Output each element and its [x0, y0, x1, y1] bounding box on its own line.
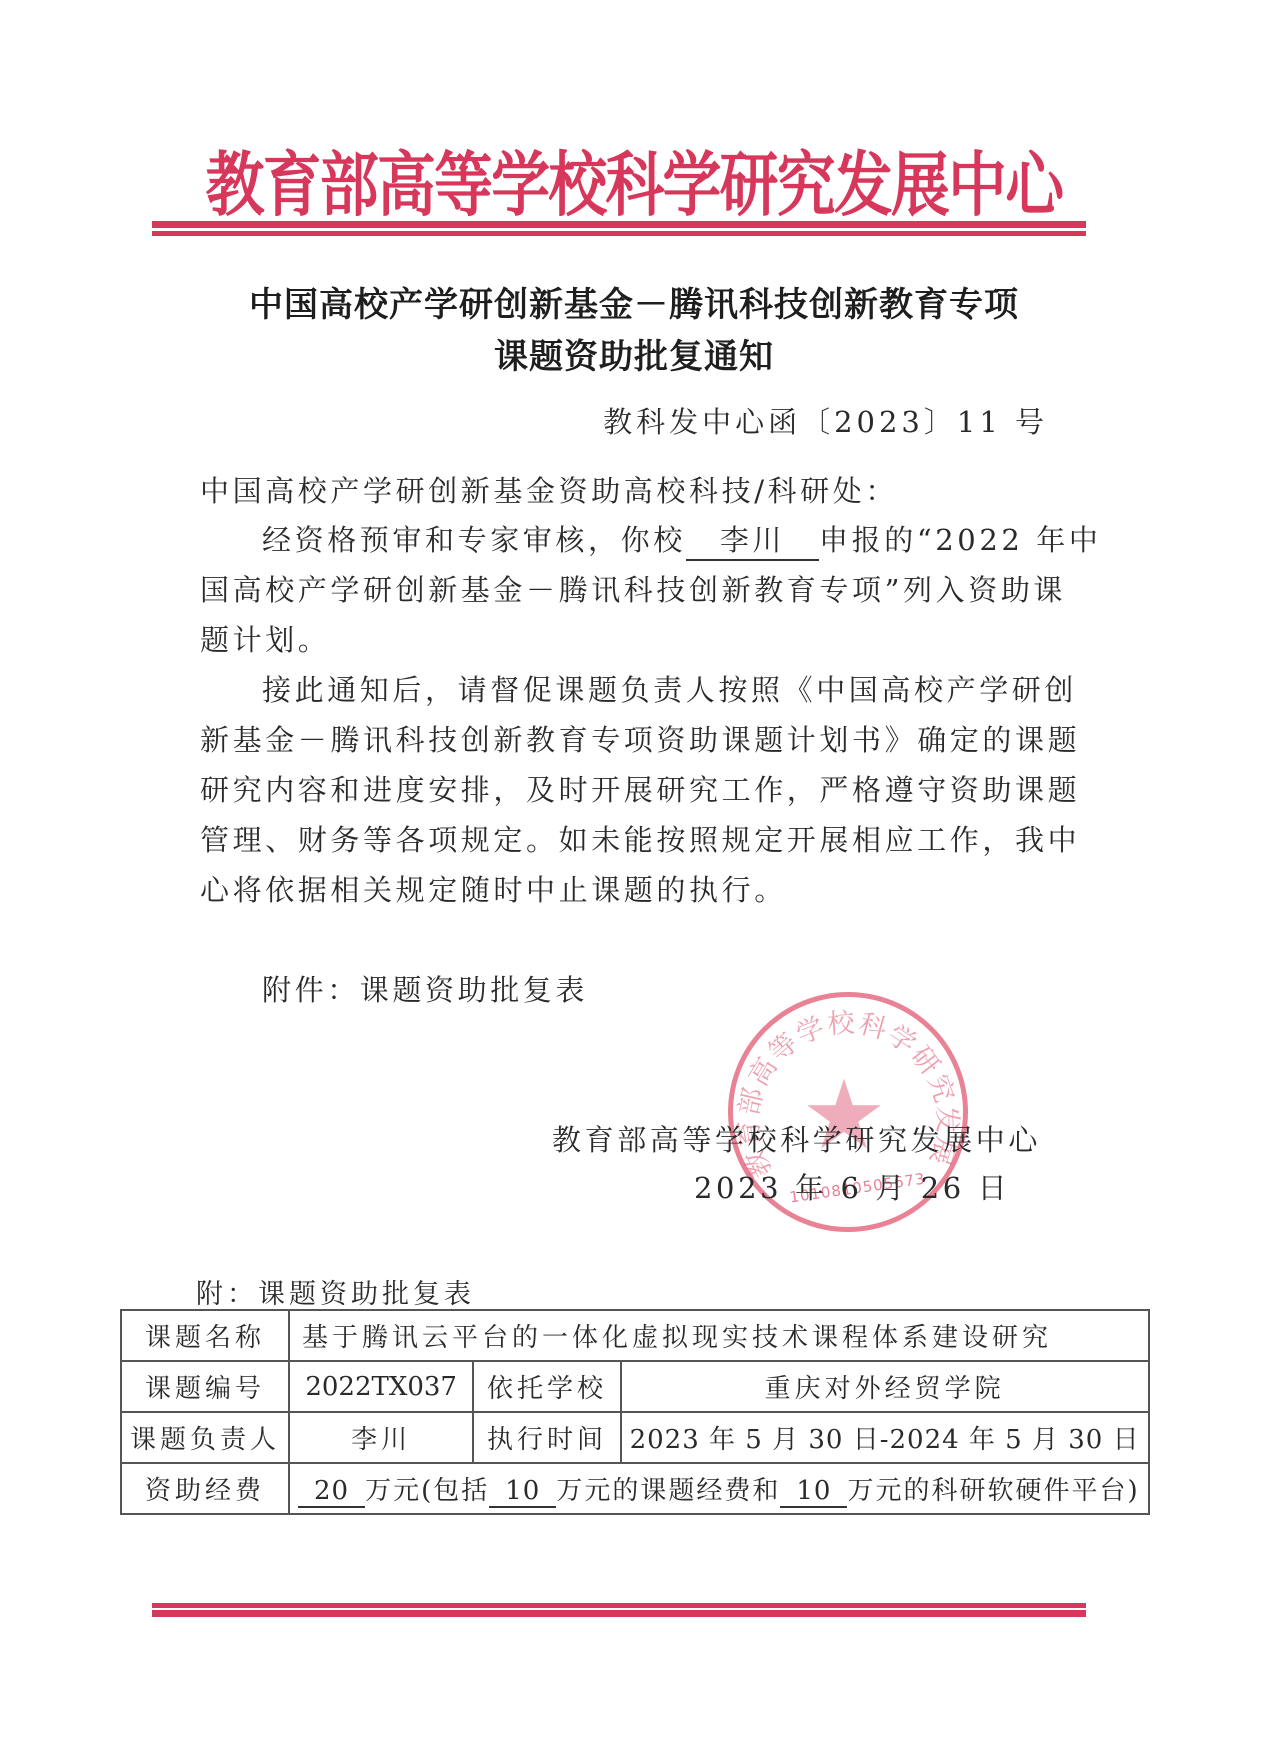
- table-row-project-lead: 课题负责人 李川 执行时间 2023 年 5 月 30 日-2024 年 5 月…: [121, 1412, 1149, 1463]
- funding-total: 20: [298, 1476, 365, 1508]
- masthead-org-name: 教育部高等学校科学研究发展中心: [101, 140, 1166, 230]
- table-row-project-name: 课题名称 基于腾讯云平台的一体化虚拟现实技术课程体系建设研究: [121, 1310, 1149, 1361]
- label-project-code: 课题编号: [121, 1361, 289, 1412]
- paragraph-2-line-5: 心将依据相关规定随时中止课题的执行。: [200, 865, 787, 915]
- value-host-school: 重庆对外经贸学院: [621, 1361, 1149, 1412]
- funding-text-1: 万元(包括: [365, 1476, 489, 1506]
- label-funding: 资助经费: [121, 1463, 289, 1514]
- attachment-note: 附件：课题资助批复表: [262, 965, 588, 1015]
- document-number: 教科发中心函〔2023〕11 号: [603, 400, 1048, 441]
- applicant-name: 李川: [686, 521, 819, 561]
- p1-before: 经资格预审和专家审核，你校: [262, 523, 686, 557]
- signature-org: 教育部高等学校科学研究发展中心: [552, 1118, 1041, 1159]
- value-execution-period: 2023 年 5 月 30 日-2024 年 5 月 30 日: [621, 1412, 1149, 1463]
- paragraph-2-line-1: 接此通知后，请督促课题负责人按照《中国高校产学研创: [262, 665, 1077, 715]
- value-project-lead: 李川: [289, 1412, 473, 1463]
- table-row-funding: 资助经费 20万元(包括10万元的课题经费和10万元的科研软硬件平台): [121, 1463, 1149, 1514]
- table-row-project-code: 课题编号 2022TX037 依托学校 重庆对外经贸学院: [121, 1361, 1149, 1412]
- funding-platform: 10: [780, 1476, 847, 1508]
- paragraph-1-line-3: 题计划。: [200, 615, 330, 665]
- footer-rule-thick: [152, 1610, 1086, 1617]
- funding-text-3: 万元的科研软硬件平台): [847, 1476, 1139, 1506]
- p1-after: 申报的“2022 年中: [819, 523, 1101, 557]
- label-host-school: 依托学校: [473, 1361, 620, 1412]
- value-project-code: 2022TX037: [289, 1361, 473, 1412]
- funding-text-2: 万元的课题经费和: [556, 1476, 780, 1506]
- signature-date: 2023 年 6 月 26 日: [694, 1166, 1010, 1207]
- label-execution-period: 执行时间: [473, 1412, 620, 1463]
- footer-rule-thin: [152, 1603, 1086, 1608]
- value-funding: 20万元(包括10万元的课题经费和10万元的科研软硬件平台): [289, 1463, 1149, 1514]
- paragraph-1-line-1: 经资格预审和专家审核，你校李川申报的“2022 年中: [262, 515, 1101, 565]
- salutation: 中国高校产学研创新基金资助高校科技/科研处：: [200, 466, 898, 516]
- masthead-rule-thin: [152, 231, 1086, 236]
- value-project-name: 基于腾讯云平台的一体化虚拟现实技术课程体系建设研究: [289, 1310, 1149, 1361]
- paragraph-2-line-4: 管理、财务等各项规定。如未能按照规定开展相应工作，我中: [200, 815, 1080, 865]
- paragraph-2-line-3: 研究内容和进度安排，及时开展研究工作，严格遵守资助课题: [200, 765, 1080, 815]
- label-project-name: 课题名称: [121, 1310, 289, 1361]
- notice-title-line2: 课题资助批复通知: [0, 332, 1268, 382]
- label-project-lead: 课题负责人: [121, 1412, 289, 1463]
- notice-title-line1: 中国高校产学研创新基金－腾讯科技创新教育专项: [0, 280, 1268, 330]
- paragraph-1-line-2: 国高校产学研创新基金－腾讯科技创新教育专项”列入资助课: [200, 565, 1066, 615]
- funding-research: 10: [489, 1476, 556, 1508]
- approval-table: 课题名称 基于腾讯云平台的一体化虚拟现实技术课程体系建设研究 课题编号 2022…: [120, 1309, 1150, 1515]
- masthead-rule-thick: [152, 221, 1086, 228]
- attachment-table-caption: 附：课题资助批复表: [196, 1272, 475, 1311]
- paragraph-2-line-2: 新基金－腾讯科技创新教育专项资助课题计划书》确定的课题: [200, 715, 1080, 765]
